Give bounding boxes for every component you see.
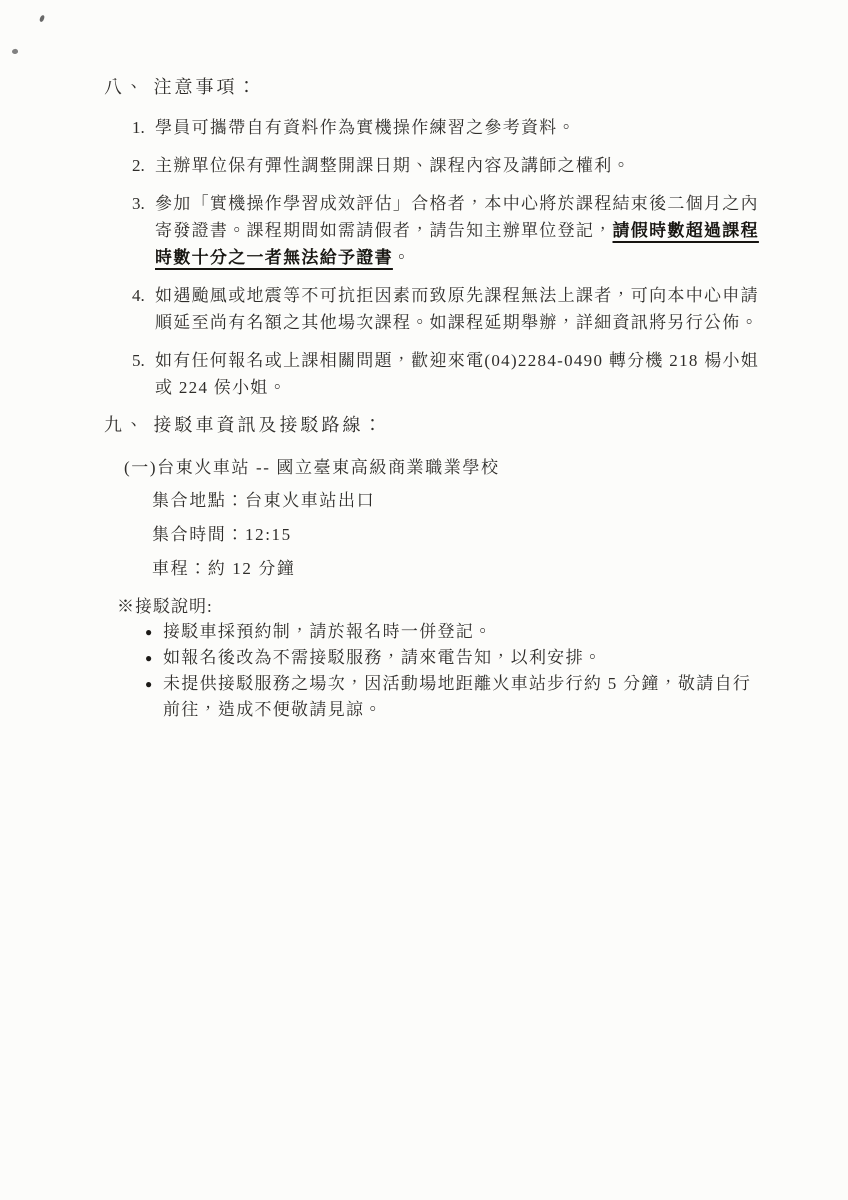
notice-item-4: 4. 如遇颱風或地震等不可抗拒因素而致原先課程無法上課者，可向本中心申請 順延至… (132, 282, 772, 336)
bullet-icon: ● (145, 671, 163, 723)
item-number: 5. (132, 347, 155, 401)
notice-item-2: 2. 主辦單位保有彈性調整開課日期、課程內容及講師之權利。 (132, 152, 772, 179)
shuttle-meeting-point: 集合地點：台東火車站出口 (152, 487, 772, 515)
shuttle-meeting-time: 集合時間：12:15 (152, 521, 772, 549)
scan-speck (39, 15, 45, 23)
shuttle-note-3: ● 未提供接駁服務之場次，因活動場地距離火車站步行約 5 分鐘，敬請自行 前往，… (145, 671, 772, 723)
note-text: 接駁車採預約制，請於報名時一併登記。 (163, 619, 772, 645)
notice-item-3: 3. 參加「實機操作學習成效評估」合格者，本中心將於課程結束後二個月之內 寄發證… (132, 190, 772, 271)
item-text: 參加「實機操作學習成效評估」合格者，本中心將於課程結束後二個月之內 寄發證書。課… (155, 190, 772, 271)
item-text: 如有任何報名或上課相關問題，歡迎來電(04)2284-0490 轉分機 218 … (155, 347, 772, 401)
scan-speck (11, 48, 18, 54)
item-number: 2. (132, 152, 155, 179)
section-8-heading: 八、 注意事項： (104, 74, 772, 101)
notice-item-5: 5. 如有任何報名或上課相關問題，歡迎來電(04)2284-0490 轉分機 2… (132, 347, 772, 401)
item-number: 1. (132, 114, 155, 141)
item-text: 主辦單位保有彈性調整開課日期、課程內容及講師之權利。 (155, 152, 772, 179)
bullet-icon: ● (145, 619, 163, 645)
section-9-heading: 九、 接駁車資訊及接駁路線： (104, 412, 772, 439)
item-number: 3. (132, 190, 155, 271)
shuttle-ride-duration: 車程：約 12 分鐘 (152, 555, 772, 583)
scanned-document-page: 八、 注意事項： 1. 學員可攜帶自有資料作為實機操作練習之參考資料。 2. 主… (0, 0, 848, 1200)
shuttle-note-2: ● 如報名後改為不需接駁服務，請來電告知，以利安排。 (145, 645, 772, 671)
note-text: 未提供接駁服務之場次，因活動場地距離火車站步行約 5 分鐘，敬請自行 前往，造成… (163, 671, 772, 723)
shuttle-route: (一)台東火車站 -- 國立臺東高級商業職業學校 (124, 454, 772, 481)
document-content: 八、 注意事項： 1. 學員可攜帶自有資料作為實機操作練習之參考資料。 2. 主… (104, 74, 772, 723)
note-text: 如報名後改為不需接駁服務，請來電告知，以利安排。 (163, 645, 772, 671)
item-text-after: 。 (393, 248, 411, 267)
shuttle-note-1: ● 接駁車採預約制，請於報名時一併登記。 (145, 619, 772, 645)
bullet-icon: ● (145, 645, 163, 671)
item-text: 如遇颱風或地震等不可抗拒因素而致原先課程無法上課者，可向本中心申請 順延至尚有名… (155, 282, 772, 336)
notice-item-1: 1. 學員可攜帶自有資料作為實機操作練習之參考資料。 (132, 114, 772, 141)
item-text: 學員可攜帶自有資料作為實機操作練習之參考資料。 (155, 114, 772, 141)
shuttle-notes-heading: ※接駁說明: (117, 594, 772, 619)
item-number: 4. (132, 282, 155, 336)
